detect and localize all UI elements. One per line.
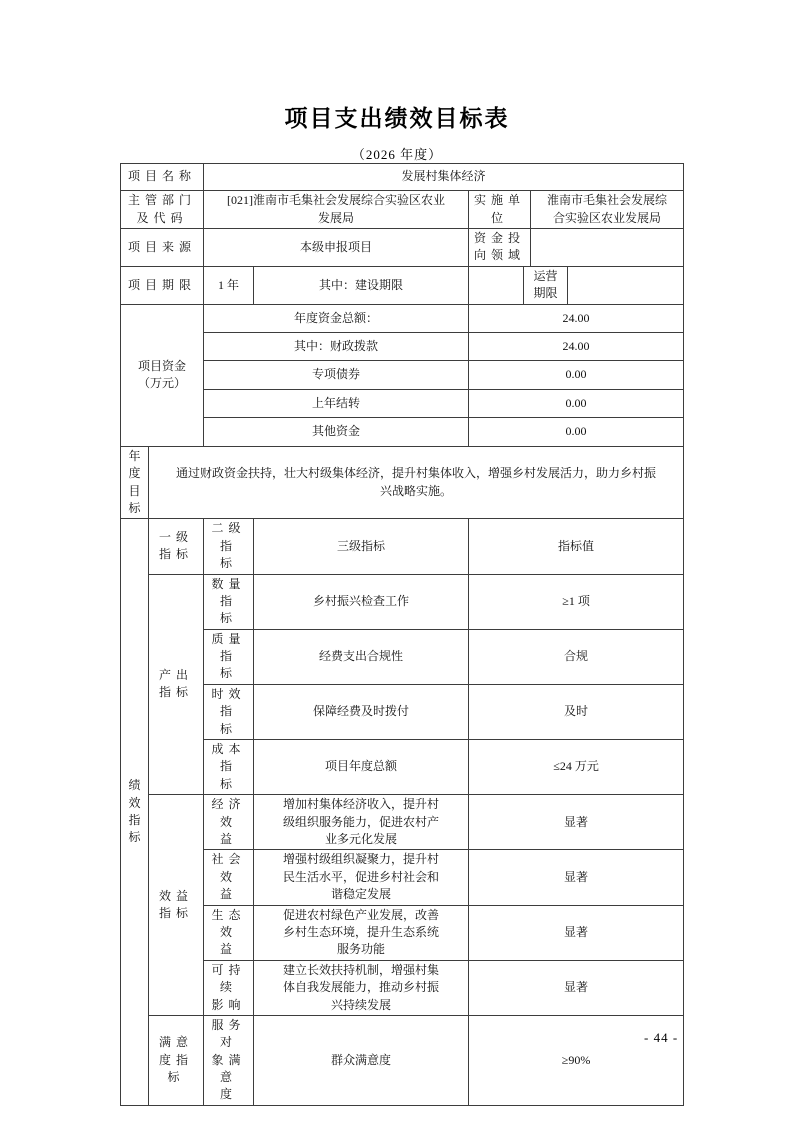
table-row: 产出 指标 数量指 标 乡村振兴检查工作 ≥1 项 xyxy=(121,574,684,629)
project-period-label: 项目期限 xyxy=(121,266,204,304)
level3-text: 增加村集体经济收入，提升村 级组织服务能力，促进农村产 业多元化发展 xyxy=(254,795,469,850)
table-row: 可持续 影响 建立长效扶持机制，增强村集 体自我发展能力，推动乡村振 兴持续发展… xyxy=(121,960,684,1015)
output-indicator-group-label: 产出 指标 xyxy=(149,574,204,795)
performance-indicator-label: 绩 效 指 标 xyxy=(121,519,149,1106)
level3-text: 促进农村绿色产业发展，改善 乡村生态环境，提升生态系统 服务功能 xyxy=(254,905,469,960)
level2-label: 经济效 益 xyxy=(204,795,254,850)
level2-header: 二级指 标 xyxy=(204,519,254,574)
table-row: 其中：财政拨款 24.00 xyxy=(121,332,684,360)
document-title: 项目支出绩效目标表 xyxy=(0,100,794,133)
table-row: 效益 指标 经济效 益 增加村集体经济收入，提升村 级组织服务能力，促进农村产 … xyxy=(121,795,684,850)
level2-label: 可持续 影响 xyxy=(204,960,254,1015)
indicator-value: 显著 xyxy=(469,960,684,1015)
annual-goal-label: 年 度 目 标 xyxy=(121,446,149,519)
indicator-value: 合规 xyxy=(469,629,684,684)
table-row: 上年结转 0.00 xyxy=(121,389,684,417)
department-label: 主管部门 及代码 xyxy=(121,191,204,229)
satisfaction-indicator-group-label: 满意 度指 标 xyxy=(149,1015,204,1105)
indicator-value: ≤24 万元 xyxy=(469,740,684,795)
level3-text: 项目年度总额 xyxy=(254,740,469,795)
project-source-label: 项目来源 xyxy=(121,229,204,267)
performance-target-table: 项目名称 发展村集体经济 主管部门 及代码 [021]淮南市毛集社会发展综合实验… xyxy=(120,163,684,1106)
level3-text: 经费支出合规性 xyxy=(254,629,469,684)
fund-item-value: 24.00 xyxy=(469,332,684,360)
fund-item-label: 专项债券 xyxy=(204,360,469,389)
table-row: 年 度 目 标 通过财政资金扶持，壮大村级集体经济，提升村集体收入，增强乡村发展… xyxy=(121,446,684,519)
fund-item-label: 其他资金 xyxy=(204,417,469,446)
fund-direction-label: 资金投 向领域 xyxy=(469,229,531,267)
fund-item-value: 0.00 xyxy=(469,389,684,417)
table-row: 质量指 标 经费支出合规性 合规 xyxy=(121,629,684,684)
level1-header: 一级 指标 xyxy=(149,519,204,574)
level2-label: 质量指 标 xyxy=(204,629,254,684)
fund-item-value: 0.00 xyxy=(469,417,684,446)
level3-text: 建立长效扶持机制，增强村集 体自我发展能力，推动乡村振 兴持续发展 xyxy=(254,960,469,1015)
indicator-value: 显著 xyxy=(469,850,684,905)
implementing-unit-label: 实施单 位 xyxy=(469,191,531,229)
indicator-value: ≥1 项 xyxy=(469,574,684,629)
fund-item-label: 年度资金总额： xyxy=(204,304,469,332)
level2-label: 时效指 标 xyxy=(204,684,254,739)
operation-period-value xyxy=(568,266,684,304)
table-row: 主管部门 及代码 [021]淮南市毛集社会发展综合实验区农业 发展局 实施单 位… xyxy=(121,191,684,229)
fund-direction-value xyxy=(531,229,684,267)
level3-text: 增强村级组织凝聚力，提升村 民生活水平，促进乡村社会和 谐稳定发展 xyxy=(254,850,469,905)
document-subtitle: （2026 年度） xyxy=(0,144,794,163)
benefit-indicator-group-label: 效益 指标 xyxy=(149,795,204,1016)
table-row: 成本指 标 项目年度总额 ≤24 万元 xyxy=(121,740,684,795)
annual-goal-text: 通过财政资金扶持，壮大村级集体经济，提升村集体收入，增强乡村发展活力，助力乡村振… xyxy=(149,446,684,519)
level2-label: 生态效 益 xyxy=(204,905,254,960)
implementing-unit-value: 淮南市毛集社会发展综 合实验区农业发展局 xyxy=(531,191,684,229)
fund-item-value: 0.00 xyxy=(469,360,684,389)
table-row: 生态效 益 促进农村绿色产业发展，改善 乡村生态环境，提升生态系统 服务功能 显… xyxy=(121,905,684,960)
indicator-value-header: 指标值 xyxy=(469,519,684,574)
department-value: [021]淮南市毛集社会发展综合实验区农业 发展局 xyxy=(204,191,469,229)
level2-label: 数量指 标 xyxy=(204,574,254,629)
table-row: 社会效 益 增强村级组织凝聚力，提升村 民生活水平，促进乡村社会和 谐稳定发展 … xyxy=(121,850,684,905)
level3-header: 三级指标 xyxy=(254,519,469,574)
table-row: 满意 度指 标 服务对 象满意 度 群众满意度 ≥90% xyxy=(121,1015,684,1105)
project-source-value: 本级申报项目 xyxy=(204,229,469,267)
construction-period-label: 其中：建设期限 xyxy=(254,266,469,304)
construction-period-value xyxy=(469,266,524,304)
fund-item-label: 其中：财政拨款 xyxy=(204,332,469,360)
indicator-value: 显著 xyxy=(469,905,684,960)
page-number: - 44 - xyxy=(644,1030,678,1046)
fund-item-value: 24.00 xyxy=(469,304,684,332)
indicator-value: 及时 xyxy=(469,684,684,739)
table-row: 项目期限 1 年 其中：建设期限 运营 期限 xyxy=(121,266,684,304)
level2-label: 服务对 象满意 度 xyxy=(204,1015,254,1105)
operation-period-label: 运营 期限 xyxy=(524,266,568,304)
level3-text: 保障经费及时拨付 xyxy=(254,684,469,739)
table-row: 项目名称 发展村集体经济 xyxy=(121,164,684,191)
table-row: 时效指 标 保障经费及时拨付 及时 xyxy=(121,684,684,739)
indicator-value: 显著 xyxy=(469,795,684,850)
level3-text: 乡村振兴检查工作 xyxy=(254,574,469,629)
level2-label: 成本指 标 xyxy=(204,740,254,795)
table-row: 项目来源 本级申报项目 资金投 向领域 xyxy=(121,229,684,267)
project-name-label: 项目名称 xyxy=(121,164,204,191)
table-row: 专项债券 0.00 xyxy=(121,360,684,389)
level3-text: 群众满意度 xyxy=(254,1015,469,1105)
document-page: 项目支出绩效目标表 （2026 年度） 项目名称 发展村集体经济 主管部门 及代… xyxy=(0,0,794,1122)
table-row: 其他资金 0.00 xyxy=(121,417,684,446)
level2-label: 社会效 益 xyxy=(204,850,254,905)
indicator-value: ≥90% xyxy=(469,1015,684,1105)
project-name-value: 发展村集体经济 xyxy=(204,164,684,191)
project-funds-label: 项目资金 （万元） xyxy=(121,304,204,446)
table-row: 项目资金 （万元） 年度资金总额： 24.00 xyxy=(121,304,684,332)
project-period-value: 1 年 xyxy=(204,266,254,304)
table-row: 绩 效 指 标 一级 指标 二级指 标 三级指标 指标值 xyxy=(121,519,684,574)
fund-item-label: 上年结转 xyxy=(204,389,469,417)
